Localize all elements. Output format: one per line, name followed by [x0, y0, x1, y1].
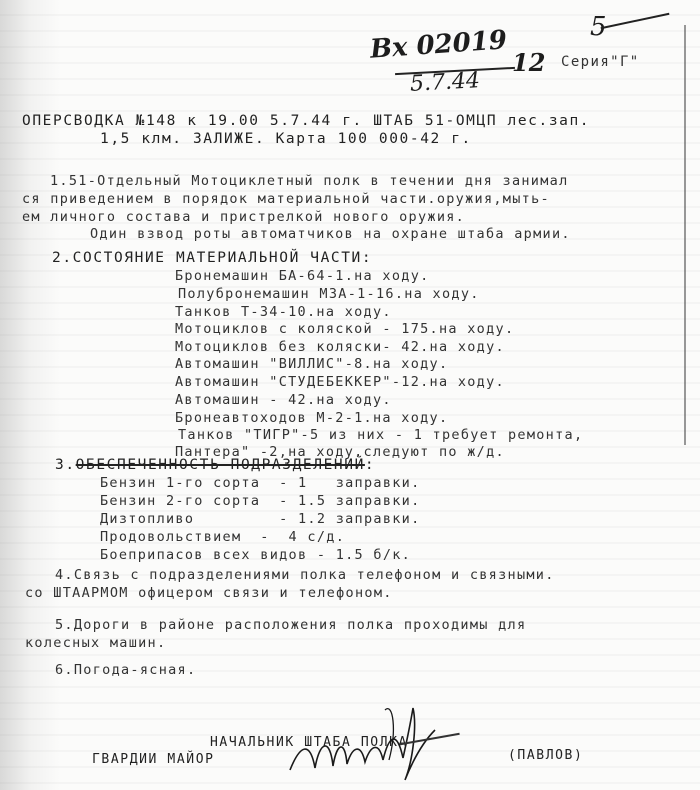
section3-item: Бензин 2-го сорта - 1.5 заправки. — [100, 493, 421, 509]
handwritten-registry-number: Вх 02019 — [369, 25, 508, 64]
section5-line: колесных машин. — [25, 635, 166, 651]
signature-name: (ПАВЛОВ) — [508, 748, 583, 763]
section1-line: Один взвод роты автоматчиков на охране ш… — [90, 226, 571, 242]
section2-item: Бронеавтоходов М-2-1.на ходу. — [175, 410, 448, 426]
section3-item: Боеприпасов всех видов - 1.5 б/к. — [100, 547, 411, 563]
section3-item: Дизтопливо - 1.2 заправки. — [100, 511, 421, 527]
section2-item: Автомашин - 42.на ходу. — [175, 392, 392, 408]
section2-item: Танков "ТИГР"-5 из них - 1 требует ремон… — [178, 427, 583, 443]
section4-line: со ШТААРМОМ офицером связи и телефоном. — [25, 585, 393, 601]
section4-line: 4.Связь с подразделениями полка телефоно… — [55, 567, 555, 583]
section3-item: Бензин 1-го сорта - 1 заправки. — [100, 475, 421, 491]
section3-colon: : — [365, 457, 375, 473]
section2-title: 2.СОСТОЯНИЕ МАТЕРИАЛЬНОЙ ЧАСТИ: — [52, 250, 372, 266]
section1-line: 1.51-Отдельный Мотоциклетный полк в тече… — [50, 173, 569, 189]
page-edge — [684, 25, 686, 445]
section3-number: 3. — [55, 457, 76, 473]
section1-line: ем личного состава и пристрелкой нового … — [22, 209, 465, 225]
report-location: 1,5 клм. ЗАЛИЖЕ. Карта 100 000-42 г. — [100, 131, 472, 147]
handwritten-sheet-number: 12 — [512, 48, 545, 77]
section2-item: Мотоциклов с коляской - 175.на ходу. — [175, 321, 514, 337]
handwritten-registry-date: 5.7.44 — [409, 68, 480, 97]
section2-item: Автомашин "СТУДЕБЕККЕР"-12.на ходу. — [175, 374, 505, 390]
handwritten-signature — [285, 700, 455, 790]
document-page: Вх 02019 5.7.44 12 5 Серия"Г" ОПЕРСВОДКА… — [0, 0, 700, 790]
section6-line: 6.Погода-ясная. — [55, 662, 196, 678]
section2-item: Полубронемашин МЗА-1-16.на ходу. — [178, 286, 480, 302]
section5-line: 5.Дороги в районе расположения полка про… — [55, 617, 526, 633]
section2-item: Танков Т-34-10.на ходу. — [175, 304, 392, 320]
section2-item: Автомашин "ВИЛЛИС"-8.на ходу. — [175, 356, 448, 372]
section2-item: Бронемашин БА-64-1.на ходу. — [175, 268, 430, 284]
section2-item: Мотоциклов без коляски- 42.на ходу. — [175, 339, 505, 355]
series-label: Серия"Г" — [561, 54, 640, 70]
section3-item: Продовольствием - 4 с/д. — [100, 529, 345, 545]
section3-title: 3.ОБЕСПЕЧЕННОСТЬ ПОДРАЗДЕЛЕНИЙ: — [55, 457, 375, 473]
signature-rank: ГВАРДИИ МАЙОР — [92, 752, 215, 767]
section3-title-struck: ОБЕСПЕЧЕННОСТЬ ПОДРАЗДЕЛЕНИЙ — [76, 457, 365, 473]
section1-line: ся приведением в порядок материальной ча… — [22, 191, 550, 207]
report-title: ОПЕРСВОДКА №148 к 19.00 5.7.44 г. ШТАБ 5… — [22, 113, 590, 129]
handwritten-stroke — [601, 13, 670, 30]
